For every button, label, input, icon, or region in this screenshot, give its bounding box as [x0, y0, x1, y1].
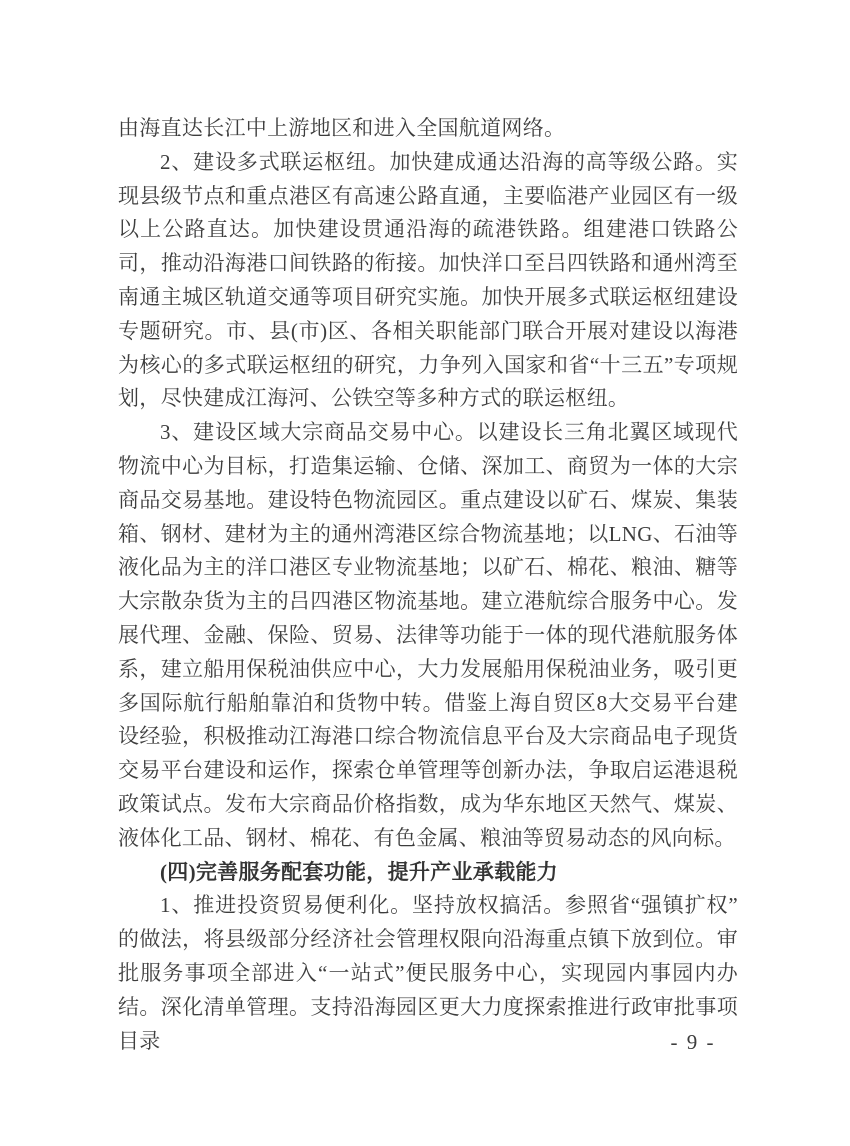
body-paragraph: 2、建设多式联运枢纽。加快建成通达沿海的高等级公路。实现县级节点和重点港区有高速… — [118, 146, 738, 416]
document-page: 由海直达长江中上游地区和进入全国航道网络。 2、建设多式联运枢纽。加快建成通达沿… — [0, 0, 850, 1146]
page-number: - 9 - — [648, 1030, 738, 1054]
section-heading: (四)完善服务配套功能，提升产业承载能力 — [118, 856, 738, 890]
body-paragraph: 3、建设区域大宗商品交易中心。以建设长三角北翼区域现代物流中心为目标，打造集运输… — [118, 416, 738, 855]
document-body: 由海直达长江中上游地区和进入全国航道网络。 2、建设多式联运枢纽。加快建成通达沿… — [118, 112, 738, 1058]
body-paragraph: 由海直达长江中上游地区和进入全国航道网络。 — [118, 112, 738, 146]
body-paragraph: 1、推进投资贸易便利化。坚持放权搞活。参照省“强镇扩权”的做法，将县级部分经济社… — [118, 889, 738, 1058]
